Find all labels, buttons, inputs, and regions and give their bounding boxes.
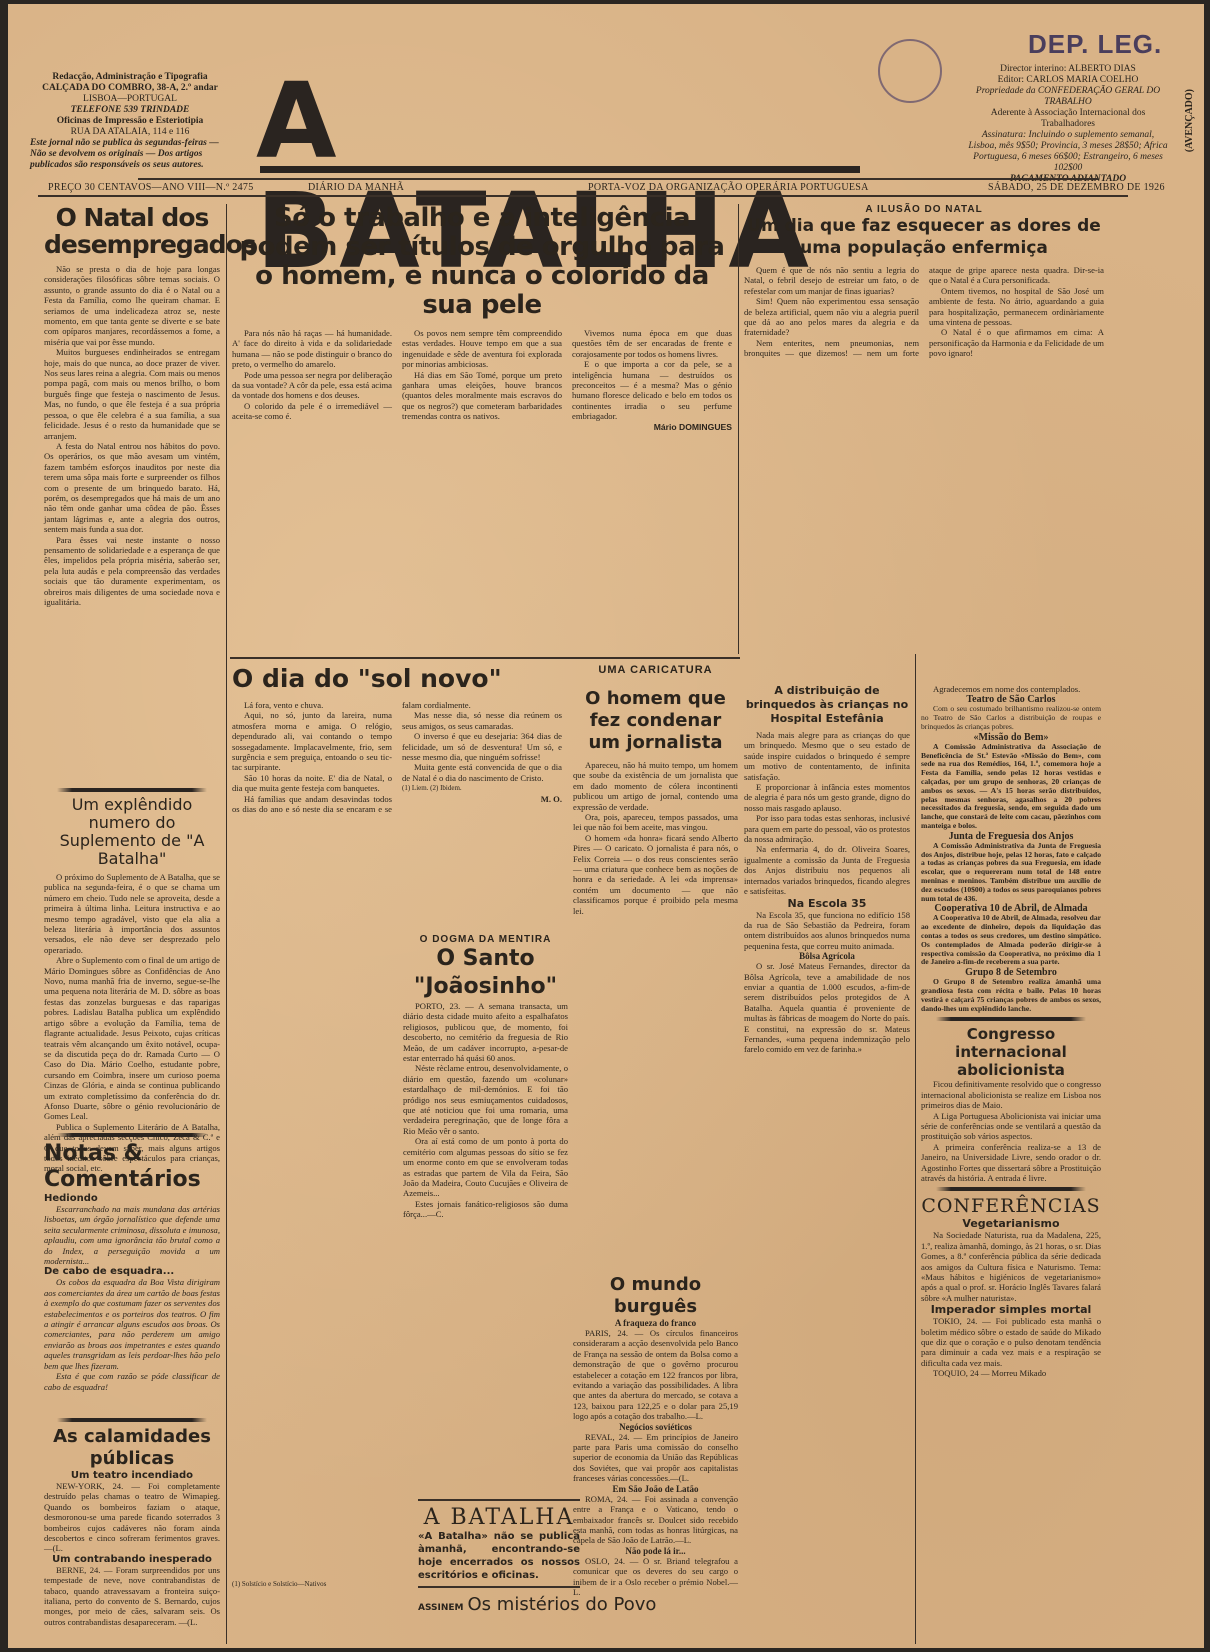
paragraph: São 10 horas da noite. E' dia de Natal, … — [232, 773, 392, 794]
daily-label: DIÁRIO DA MANHÃ — [308, 182, 404, 193]
subhead: Não pode lá ir... — [573, 1546, 738, 1556]
paragraph: TOKIO, 24. — Foi publicado esta manhã o … — [921, 1316, 1101, 1368]
ad-label: ASSINEM — [418, 1603, 464, 1613]
address-line: Redacção, Administração e Tipografia — [52, 72, 207, 82]
article-natal-desempregados: O Natal dos desempregados Não se presta … — [44, 204, 220, 607]
paragraph: Ora, pois, apareceu, tempos passados, um… — [573, 812, 738, 833]
right-column: Agradecemos em nome dos contemplados. Te… — [921, 684, 1101, 1379]
paragraph: E o que importa a cor da pele, se a inte… — [572, 359, 732, 421]
logo-underline — [260, 166, 860, 173]
subhead: Na Escola 35 — [744, 897, 910, 910]
paragraph: BERNE, 24. — Foram surpreendidos por uns… — [44, 1565, 220, 1627]
subhead: De cabo de esquadra... — [44, 1266, 220, 1277]
headline: Um explêndido numero do Suplemento de "A… — [44, 796, 220, 868]
legal-deposit-stamp: DEP. LEG. — [1028, 29, 1162, 60]
headline: A distribuição de brinquedos às crianças… — [744, 684, 910, 726]
paragraph: O próximo do Suplemento de A Batalha, qu… — [44, 872, 220, 955]
article-ilusao-natal: A ILUSÃO DO NATAL Um dia que faz esquece… — [744, 204, 1104, 655]
headline: O homem que fez condenar um jornalista — [573, 688, 738, 754]
headline: O Santo "Joãosinho" — [403, 945, 568, 1001]
subhead: Um contrabando inesperado — [44, 1554, 220, 1565]
headline: O dia do "sol novo" — [232, 664, 562, 694]
article-trabalho: Só o trabalho e a inteligência podem ser… — [232, 204, 732, 432]
subhead: Em São João de Latão — [573, 1484, 738, 1494]
paragraph: O homem «da honra» ficará sendo Alberto … — [573, 833, 738, 916]
paragraph: OSLO, 24. — O sr. Briand telegrafou a co… — [573, 1556, 738, 1598]
paragraph: Para êsses vai neste instante o nosso pe… — [44, 535, 220, 608]
paragraph: Muita gente está convencida de que o dia… — [402, 762, 562, 783]
article-notas: Notas & Comentários Hediondo Escarrancha… — [44, 1129, 220, 1392]
article-caricatura: UMA CARICATURA O homem que fez condenar … — [573, 664, 738, 916]
paragraph: Pode uma pessoa ser negra por deliberaçã… — [232, 370, 392, 401]
paragraph: A primeira conferência realiza-se a 13 d… — [921, 1142, 1101, 1184]
paragraph: E proporcionar à infância estes momentos… — [744, 782, 910, 813]
newspaper-logo: A BATALHA — [256, 66, 846, 176]
subscription-prices: Assinatura: Incluindo o suplemento seman… — [968, 130, 1168, 174]
director: Director interino: ALBERTO DIAS — [968, 64, 1168, 75]
paragraph: A Comissão Administrativa da Associação … — [921, 743, 1101, 831]
paragraph: Néste rèclame entrou, desenvolvidamente,… — [403, 1063, 568, 1136]
paragraph: A Cooperativa 10 de Abril, de Almada, re… — [921, 914, 1101, 967]
paragraph: PORTO, 23. — A semana transacta, um diár… — [403, 1001, 568, 1063]
subhead: Vegetarianismo — [921, 1217, 1101, 1230]
article-dogma: O DOGMA DA MENTIRA O Santo "Joãosinho" P… — [403, 934, 568, 1220]
paragraph: Lá fora, vento e chuva. — [232, 700, 392, 710]
paragraph: O colorido da pele é o irremediável — ac… — [232, 401, 392, 422]
price-issue: PREÇO 30 CENTAVOS—ANO VIII—N.º 2475 — [48, 182, 254, 193]
paragraph: Vivemos numa época em que duas questões … — [572, 328, 732, 359]
paragraph: Quem é que de nós não sentiu a legria do… — [744, 265, 919, 296]
author-signature: M. O. — [402, 794, 562, 804]
address-line: CALÇADA DO COMBRO, 38-A, 2.º andar — [42, 83, 218, 93]
paragraph: ROMA, 24. — Foi assinada a convenção ent… — [573, 1494, 738, 1546]
paragraph: A Liga Portuguesa Abolicionista vai inic… — [921, 1111, 1101, 1142]
paragraph: Por isso para todas estas senhoras, incl… — [744, 813, 910, 844]
subscription-ad[interactable]: ASSINEM Os mistérios do Povo — [418, 1594, 588, 1615]
paragraph: O Grupo 8 de Setembro realiza àmanhã uma… — [921, 978, 1101, 1013]
ornament-divider — [936, 1187, 1086, 1191]
paragraph: Há dias em São Tomé, porque um preto gan… — [402, 370, 562, 422]
notice-box: A BATALHA «A Batalha» não se publica àma… — [418, 1499, 580, 1588]
paragraph: A Comissão Administrativa da Junta de Fr… — [921, 842, 1101, 904]
paragraph: Os povos nem sempre têm compreendido est… — [402, 328, 562, 370]
divider — [138, 178, 1098, 180]
article-mundo-burgues: O mundo burguês A fraqueza do franco PAR… — [573, 1274, 738, 1597]
headline: Só o trabalho e a inteligência podem ser… — [232, 204, 732, 320]
kicker: A ILUSÃO DO NATAL — [744, 204, 1104, 215]
paragraph: Escarranchado na mais mundana das artéri… — [44, 1204, 220, 1266]
paragraph: Apareceu, não há muito tempo, um homem q… — [573, 760, 738, 812]
paragraph: Não se presta o dia de hoje para longas … — [44, 264, 220, 347]
headline: Notas & Comentários — [44, 1141, 220, 1193]
paragraph: Aqui, no só, junto da lareira, numa atmo… — [232, 710, 392, 772]
ornament-divider — [936, 1017, 1086, 1021]
address-line: RUA DA ATALAIA, 114 e 116 — [30, 127, 230, 138]
paragraph: Na enfermaria 4, do dr. Oliveira Soares,… — [744, 844, 910, 896]
paragraph: Abre o Suplemento com o final de um arti… — [44, 955, 220, 1122]
footnote: (1) Liem. (2) Ibidem. — [402, 783, 562, 793]
paragraph: O sr. José Mateus Fernandes, director da… — [744, 961, 910, 1055]
headline: O Natal dos desempregados — [44, 204, 220, 258]
paragraph: Com o seu costumado brilhantismo realizo… — [921, 705, 1101, 731]
address-line: Oficinas de Impressão e Esteriotipia — [57, 116, 204, 126]
headline: Imperador simples mortal — [921, 1303, 1101, 1316]
subhead: Hediondo — [44, 1193, 220, 1204]
paragraph: Ontem tivemos, no hospital de São José u… — [929, 286, 1104, 328]
publishing-notice: Este jornal não se publica às segundas-f… — [30, 138, 230, 171]
paragraph: O Natal é o que afirmamos em cima: A per… — [929, 327, 1104, 358]
paragraph: NEW-YORK, 24. — Foi completamente destru… — [44, 1481, 220, 1554]
column-rule — [915, 654, 916, 1644]
divider — [38, 195, 1128, 197]
kicker: O DOGMA DA MENTIRA — [403, 934, 568, 945]
paragraph: Ora aí está como de um ponto à porta do … — [403, 1136, 568, 1198]
paragraph: Nada mais alegre para as crianças do que… — [744, 730, 910, 782]
issue-date: SÁBADO, 25 DE DEZEMBRO DE 1926 — [988, 182, 1165, 193]
subhead: A fraqueza do franco — [573, 1318, 738, 1328]
newspaper-page: Redacção, Administração e Tipografia CAL… — [8, 4, 1204, 1648]
paragraph: Mas nesse dia, só nesse dia reúnem os se… — [402, 710, 562, 731]
paragraph: Para nós não há raças — há humanidade. A… — [232, 328, 392, 370]
notice-title: A BATALHA — [418, 1505, 580, 1530]
paragraph: O inverso é que eu desejaria: 364 dias d… — [402, 731, 562, 762]
masthead-right-info: Director interino: ALBERTO DIAS Editor: … — [968, 64, 1168, 185]
subhead: Um teatro incendiado — [44, 1470, 220, 1481]
subhead: Negócios soviéticos — [573, 1422, 738, 1432]
paragraph: Esta é que com razão se póde classificar… — [44, 1371, 220, 1392]
telephone: TELEFONE 539 TRINDADE — [71, 105, 190, 115]
paragraph: A festa do Natal entrou nos hábitos do p… — [44, 441, 220, 535]
article-calamidades: As calamidades públicas Um teatro incend… — [44, 1414, 220, 1627]
subhead: Bôlsa Agrícola — [744, 951, 910, 961]
editor: Editor: CARLOS MARIA COELHO — [968, 75, 1168, 86]
headline: O mundo burguês — [573, 1274, 738, 1318]
headline: As calamidades públicas — [44, 1426, 220, 1470]
ornament-divider — [57, 1418, 207, 1422]
paragraph: Os cobos da esquadra da Boa Vista dirigi… — [44, 1277, 220, 1371]
paragraph: Agradecemos em nome dos contemplados. — [921, 684, 1101, 694]
headline: Congresso internacional abolicionista — [921, 1025, 1101, 1079]
author-signature: Mário DOMINGUES — [572, 422, 732, 432]
headline: CONFERÊNCIAS — [921, 1195, 1101, 1217]
paragraph: Na Escola 35, que funciona no edifício 1… — [744, 910, 910, 952]
paragraph: Estes jornais fanático-religiosos são du… — [403, 1199, 568, 1220]
column-rule — [226, 204, 227, 1644]
masthead-left-info: Redacção, Administração e Tipografia CAL… — [30, 72, 230, 171]
article-suplemento: Um explêndido numero do Suplemento de "A… — [44, 784, 220, 1174]
motto: PORTA-VOZ DA ORGANIZAÇÃO OPERÁRIA PORTUG… — [588, 182, 869, 193]
paragraph: TOQUIO, 24 — Morreu Mikado — [921, 1368, 1101, 1378]
address-line: LISBOA—PORTUGAL — [30, 94, 230, 105]
paragraph: Muitos burgueses endinheirados se entreg… — [44, 347, 220, 441]
paragraph: Ficou definitivamente resolvido que o co… — [921, 1079, 1101, 1110]
column-rule — [738, 204, 739, 654]
library-stamp-icon — [878, 39, 942, 103]
notice-body: «A Batalha» não se publica àmanhã, encon… — [418, 1530, 580, 1582]
ornament-divider — [57, 788, 207, 792]
owner: Propriedade da CONFEDERAÇÃO GERAL DO TRA… — [968, 86, 1168, 108]
paragraph: PARIS, 24. — Os círculos financeiros con… — [573, 1328, 738, 1422]
ornament-divider — [57, 1133, 207, 1137]
avencado-mark: (AVENÇADO) — [1184, 89, 1195, 152]
paragraph: Na Sociedade Naturista, rua da Madalena,… — [921, 1230, 1101, 1303]
headline: Um dia que faz esquecer as dores de uma … — [744, 215, 1104, 259]
article-brinquedos: A distribuição de brinquedos às crianças… — [744, 684, 910, 1055]
adherent: Aderente à Associação Internacional dos … — [968, 108, 1168, 130]
kicker: UMA CARICATURA — [573, 664, 738, 676]
divider — [230, 657, 740, 659]
paragraph: REVAL, 24. — Em princípios de Janeiro pa… — [573, 1432, 738, 1484]
paragraph: Sim! Quem não experimentou essa sensação… — [744, 296, 919, 338]
